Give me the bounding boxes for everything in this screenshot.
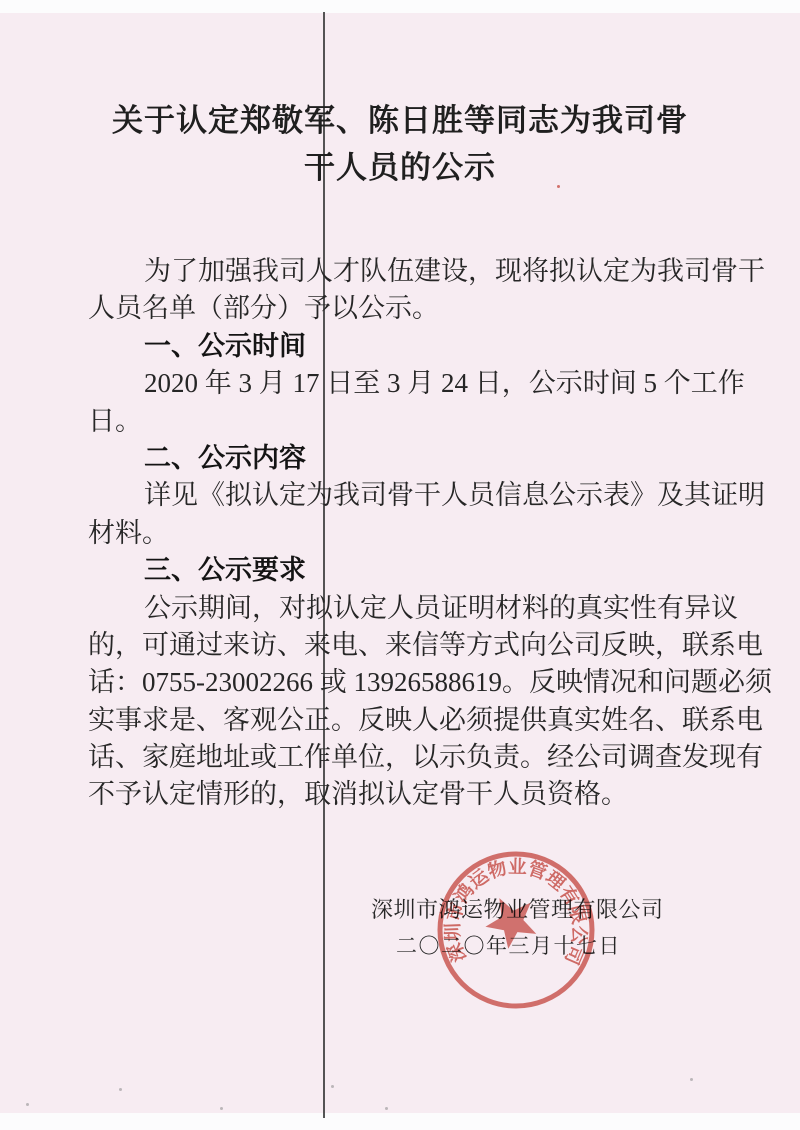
scan-speck	[385, 1107, 388, 1110]
notice-title: 关于认定郑敬军、陈日胜等同志为我司骨 干人员的公示	[0, 97, 800, 191]
body-line: 话、家庭地址或工作单位，以示负责。经公司调查发现有	[88, 739, 718, 776]
scan-speck	[557, 185, 560, 188]
scanned-notice-document: 关于认定郑敬军、陈日胜等同志为我司骨 干人员的公示 为了加强我司人才队伍建设，现…	[0, 0, 800, 1130]
scan-speck	[331, 1085, 334, 1088]
notice-title-line-2: 干人员的公示	[0, 144, 800, 191]
body-line: 不予认定情形的，取消拟认定骨干人员资格。	[88, 776, 718, 813]
body-line: 人员名单（部分）予以公示。	[88, 290, 718, 327]
section-heading-3: 三、公示要求	[88, 552, 718, 589]
body-line: 公示期间，对拟认定人员证明材料的真实性有异议	[88, 590, 718, 627]
seal-star-icon	[477, 886, 545, 953]
scan-speck	[220, 1107, 223, 1110]
section-heading-2: 二、公示内容	[88, 440, 718, 477]
notice-body: 为了加强我司人才队伍建设，现将拟认定为我司骨干 人员名单（部分）予以公示。 一、…	[88, 253, 718, 814]
scan-speck	[26, 1103, 29, 1106]
body-line: 实事求是、客观公正。反映人必须提供真实姓名、联系电	[88, 702, 718, 739]
body-line: 详见《拟认定为我司骨干人员信息公示表》及其证明	[88, 477, 718, 514]
scan-edge-top	[0, 0, 800, 13]
scan-edge-bottom	[0, 1113, 800, 1130]
company-seal-stamp: 深圳市鸿运物业管理有限公司	[430, 844, 602, 1016]
body-line: 话：0755-23002266 或 13926588619。反映情况和问题必须	[88, 664, 718, 701]
section-heading-1: 一、公示时间	[88, 328, 718, 365]
scan-speck	[690, 1078, 693, 1081]
scan-speck	[119, 1088, 122, 1091]
notice-title-line-1: 关于认定郑敬军、陈日胜等同志为我司骨	[0, 97, 800, 144]
body-line: 日。	[88, 403, 718, 440]
body-line: 的，可通过来访、来电、来信等方式向公司反映，联系电	[88, 627, 718, 664]
body-line: 为了加强我司人才队伍建设，现将拟认定为我司骨干	[88, 253, 718, 290]
body-line: 2020 年 3 月 17 日至 3 月 24 日，公示时间 5 个工作	[88, 365, 718, 402]
body-line: 材料。	[88, 515, 718, 552]
